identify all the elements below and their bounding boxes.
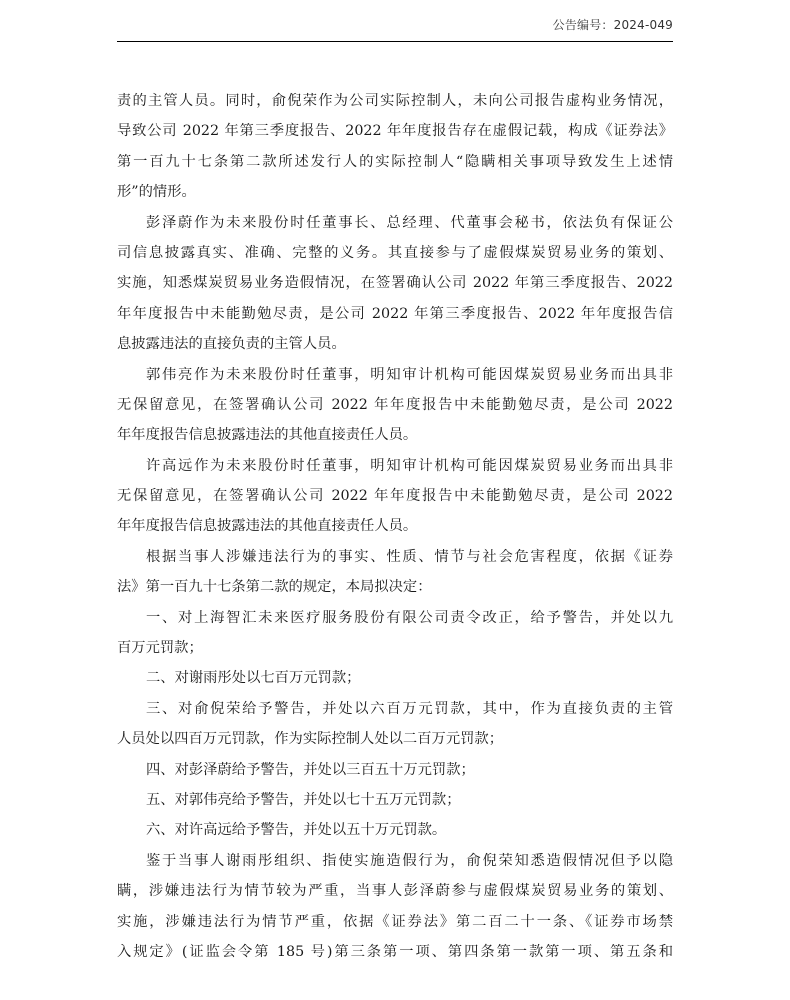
- text-line: 年年度报告信息披露违法的其他直接责任人员。: [117, 420, 673, 450]
- header-divider: [117, 41, 673, 42]
- text-line: 彭泽蔚作为未来股份时任董事长、总经理、代董事会秘书，依法负有保证公: [117, 208, 673, 238]
- text-line: 瞒，涉嫌违法行为情节较为严重，当事人彭泽蔚参与虚假煤炭贸易业务的策划、: [117, 876, 673, 906]
- text-line: 息披露违法的直接负责的主管人员。: [117, 329, 673, 359]
- announcement-number: 公告编号：2024-049: [553, 16, 673, 33]
- text-line: 无保留意见，在签署确认公司 2022 年年度报告中未能勤勉尽责，是公司 2022: [117, 481, 673, 511]
- text-line: 法》第一百九十七条第二款的规定，本局拟决定：: [117, 572, 673, 602]
- text-line: 第一百九十七条第二款所述发行人的实际控制人“隐瞒相关事项导致发生上述情: [117, 147, 673, 177]
- text-line: 导致公司 2022 年第三季度报告、2022 年年度报告存在虚假记载，构成《证券…: [117, 116, 673, 146]
- text-line: 年年度报告信息披露违法的其他直接责任人员。: [117, 511, 673, 541]
- text-line: 人员处以四百万元罚款，作为实际控制人处以二百万元罚款；: [117, 724, 673, 754]
- text-line: 实施，知悉煤炭贸易业务造假情况，在签署确认公司 2022 年第三季度报告、202…: [117, 268, 673, 298]
- text-line: 责的主管人员。同时，俞倪荣作为公司实际控制人，未向公司报告虚构业务情况，: [117, 86, 673, 116]
- text-line: 四、对彭泽蔚给予警告，并处以三百五十万元罚款；: [117, 755, 673, 785]
- text-line: 百万元罚款；: [117, 633, 673, 663]
- text-line: 无保留意见，在签署确认公司 2022 年年度报告中未能勤勉尽责，是公司 2022: [117, 390, 673, 420]
- text-line: 许高远作为未来股份时任董事，明知审计机构可能因煤炭贸易业务而出具非: [117, 451, 673, 481]
- text-line: 一、对上海智汇未来医疗服务股份有限公司责令改正，给予警告，并处以九: [117, 603, 673, 633]
- text-line: 鉴于当事人谢雨彤组织、指使实施造假行为，俞倪荣知悉造假情况但予以隐: [117, 846, 673, 876]
- text-line: 郭伟亮作为未来股份时任董事，明知审计机构可能因煤炭贸易业务而出具非: [117, 360, 673, 390]
- document-body: 责的主管人员。同时，俞倪荣作为公司实际控制人，未向公司报告虚构业务情况，导致公司…: [117, 86, 673, 967]
- text-line: 司信息披露真实、准确、完整的义务。其直接参与了虚假煤炭贸易业务的策划、: [117, 238, 673, 268]
- text-line: 五、对郭伟亮给予警告，并处以七十五万元罚款；: [117, 785, 673, 815]
- text-line: 六、对许高远给予警告，并处以五十万元罚款。: [117, 815, 673, 845]
- text-line: 根据当事人涉嫌违法行为的事实、性质、情节与社会危害程度，依据《证券: [117, 542, 673, 572]
- text-line: 入规定》(证监会令第 185 号)第三条第一项、第四条第一款第一项、第五条和: [117, 937, 673, 967]
- text-line: 三、对俞倪荣给予警告，并处以六百万元罚款，其中，作为直接负责的主管: [117, 694, 673, 724]
- text-line: 形”的情形。: [117, 177, 673, 207]
- text-line: 二、对谢雨彤处以七百万元罚款；: [117, 663, 673, 693]
- text-line: 年年度报告中未能勤勉尽责，是公司 2022 年第三季度报告、2022 年年度报告…: [117, 299, 673, 329]
- text-line: 实施，涉嫌违法行为情节严重，依据《证券法》第二百二十一条、《证券市场禁: [117, 907, 673, 937]
